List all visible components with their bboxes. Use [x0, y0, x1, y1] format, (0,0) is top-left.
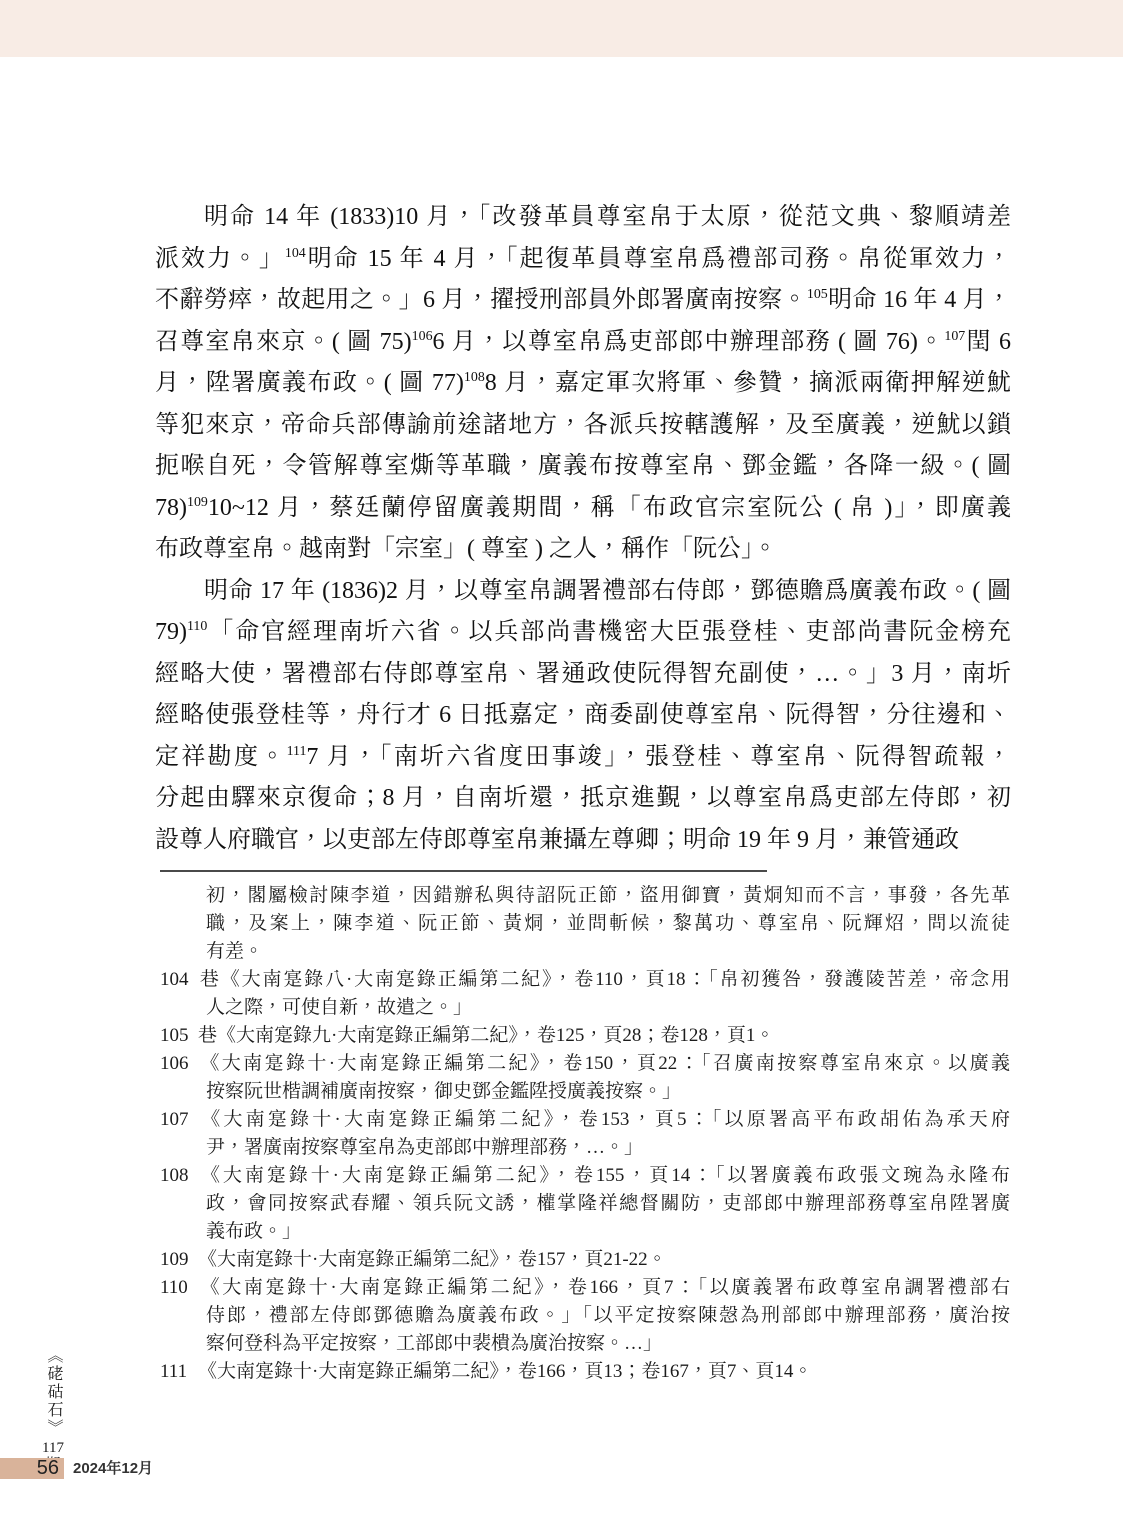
body-line: 設尊人府職官，以吏部左侍郎尊室帛兼攝左尊卿；明命 19 年 9 月，兼管通政 — [155, 820, 1011, 862]
body-line: 扼喉自死，令管解尊室燍等革職，廣義布按尊室帛、鄧金鑑，各降一級。( 圖 — [155, 446, 1011, 488]
body-line: 分起由驛來京復命；8 月，自南圻還，抵京進覲，以尊室帛爲吏部左侍郎，初 — [155, 778, 1011, 820]
footnote-item-line: 104巷《大南寔錄八·大南寔錄正編第二紀》，卷110，頁18：「帛初獲咎，發護陵… — [160, 966, 1010, 994]
footnote-number: 109 — [160, 1246, 198, 1274]
footnote-item-line: 105巷《大南寔錄九·大南寔錄正編第二紀》，卷125，頁28；卷128，頁1。 — [160, 1022, 1010, 1050]
footnote-continuation-line: 職，及案上，陳李道、阮正節、黃烔，並問斬候，黎萬功、尊室帛、阮輝炤，問以流徒 — [160, 910, 1010, 938]
footnote-separator — [160, 870, 767, 872]
footnote-number: 107 — [160, 1106, 198, 1134]
footnote-item-line: 義布政。」 — [160, 1218, 1010, 1246]
footnote-ref: 110 — [187, 619, 207, 634]
footnote-number: 110 — [160, 1274, 198, 1302]
journal-issue-number: 117 — [36, 1441, 70, 1456]
footnote-number: 104 — [160, 966, 198, 994]
footnote-item-line: 109《大南寔錄十·大南寔錄正編第二紀》，卷157，頁21-22。 — [160, 1246, 1010, 1274]
document-page: { "colors": { "header_band": "#f8ece5", … — [0, 0, 1123, 1536]
footnote-continuation-line: 有差。 — [160, 938, 1010, 966]
body-line: 不辭勞瘁，故起用之。」6 月，擢授刑部員外郎署廣南按察。105明命 16 年 4… — [155, 280, 1011, 322]
body-line: 經略大使，署禮部右侍郎尊室帛、署通政使阮得智充副使，…。」3 月，南圻 — [155, 654, 1011, 696]
footnote-item-line: 侍郎，禮部左侍郎鄧德贍為廣義布政。」「以平定按察陳愨為刑部郎中辦理部務，廣治按 — [160, 1302, 1010, 1330]
journal-title: 《硓𥑮石》 — [45, 1347, 61, 1437]
footnote-item-line: 察何登科為平定按察，工部郎中裴樻為廣治按察。…」 — [160, 1330, 1010, 1358]
footnote-ref: 105 — [807, 287, 828, 302]
publication-date: 2024年12月 — [73, 1460, 153, 1478]
body-line: 召尊室帛來京。( 圖 75)1066 月，以尊室帛爲吏部郎中辦理部務 ( 圖 7… — [155, 322, 1011, 364]
body-line: 等犯來京，帝命兵部傳諭前途諸地方，各派兵按轄護解，及至廣義，逆魷以鎖 — [155, 405, 1011, 447]
journal-spine: 《硓𥑮石》 117 期 — [36, 1347, 70, 1473]
footnote-number: 111 — [160, 1358, 198, 1386]
footnote-number: 108 — [160, 1162, 198, 1190]
body-line: 定祥勘度。1117 月，「南圻六省度田事竣」，張登桂、尊室帛、阮得智疏報， — [155, 737, 1011, 779]
body-line: 派效力。」104明命 15 年 4 月，「起復革員尊室帛爲禮部司務。帛從軍效力， — [155, 239, 1011, 281]
page-number: 56 — [37, 1457, 59, 1479]
page-number-strip: 56 — [0, 1458, 64, 1479]
footnote-item-line: 政，會同按察武春耀、領兵阮文誘，權掌隆祥總督關防，吏部郎中辦理部務尊室帛陞署廣 — [160, 1190, 1010, 1218]
footnote-ref: 106 — [412, 329, 433, 344]
body-line: 布政尊室帛。越南對「宗室」( 尊室 ) 之人，稱作「阮公」。 — [155, 529, 1011, 571]
footnote-ref: 104 — [285, 246, 306, 261]
footnote-ref: 108 — [464, 370, 485, 385]
body-text: 明命 14 年 (1833)10 月，「改發革員尊室帛于太原，從范文典、黎順靖差… — [155, 197, 1011, 861]
footnote-item-line: 106《大南寔錄十·大南寔錄正編第二紀》，卷150，頁22：「召廣南按察尊室帛來… — [160, 1050, 1010, 1078]
header-band — [0, 0, 1123, 57]
footnote-number: 106 — [160, 1050, 198, 1078]
footnotes: 初，閣屬檢討陳李道，因錯辦私與待詔阮正節，盜用御寶，黃烔知而不言，事發，各先革職… — [160, 882, 1010, 1386]
footnote-ref: 111 — [287, 744, 307, 759]
footnote-item-line: 人之際，可使自新，故遣之。」 — [160, 994, 1010, 1022]
body-line: 78)10910~12 月，蔡廷蘭停留廣義期間，稱「布政官宗室阮公 ( 帛 )」… — [155, 488, 1011, 530]
footnote-item-line: 111《大南寔錄十·大南寔錄正編第二紀》，卷166，頁13；卷167，頁7、頁1… — [160, 1358, 1010, 1386]
body-line: 明命 17 年 (1836)2 月，以尊室帛調署禮部右侍郎，鄧德贍爲廣義布政。(… — [155, 571, 1011, 613]
body-line: 經略使張登桂等，舟行才 6 日抵嘉定，商委副使尊室帛、阮得智，分往邊和、 — [155, 695, 1011, 737]
footnote-item-line: 108《大南寔錄十·大南寔錄正編第二紀》，卷155，頁14：「以署廣義布政張文琬… — [160, 1162, 1010, 1190]
footnote-number: 105 — [160, 1022, 198, 1050]
footnote-item-line: 按察阮世楷調補廣南按察，御史鄧金鑑陞授廣義按察。」 — [160, 1078, 1010, 1106]
body-line: 明命 14 年 (1833)10 月，「改發革員尊室帛于太原，從范文典、黎順靖差 — [155, 197, 1011, 239]
body-line: 月，陞署廣義布政。( 圖 77)1088 月，嘉定軍次將軍、參贊，摘派兩衛押解逆… — [155, 363, 1011, 405]
footnote-ref: 109 — [187, 495, 208, 510]
footnote-item-line: 107《大南寔錄十·大南寔錄正編第二紀》，卷153，頁5：「以原署高平布政胡佑為… — [160, 1106, 1010, 1134]
body-line: 79)110「命官經理南圻六省。以兵部尚書機密大臣張登桂、吏部尚書阮金榜充 — [155, 612, 1011, 654]
footnote-item-line: 尹，署廣南按察尊室帛為吏部郎中辦理部務，…。」 — [160, 1134, 1010, 1162]
footnote-item-line: 110《大南寔錄十·大南寔錄正編第二紀》，卷166，頁7：「以廣義署布政尊室帛調… — [160, 1274, 1010, 1302]
footnote-continuation-line: 初，閣屬檢討陳李道，因錯辦私與待詔阮正節，盜用御寶，黃烔知而不言，事發，各先革 — [160, 882, 1010, 910]
footnote-ref: 107 — [944, 329, 965, 344]
